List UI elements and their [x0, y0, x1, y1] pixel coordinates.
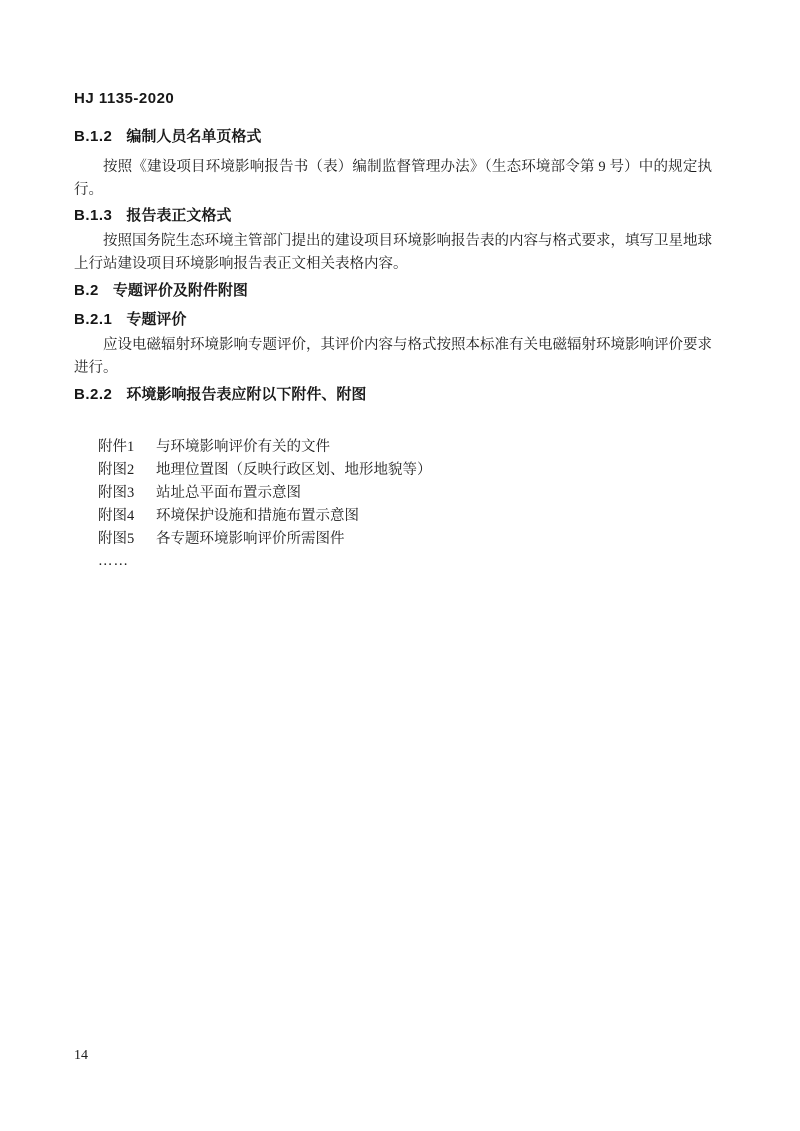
- heading-title: 报告表正文格式: [126, 207, 231, 224]
- heading-b-1-3: B.1.3报告表正文格式: [74, 204, 712, 227]
- attachment-item: 附件1与环境影响评价有关的文件: [98, 436, 712, 459]
- heading-title: 专题评价及附件附图: [113, 282, 248, 299]
- attachment-text: 各专题环境影响评价所需图件: [156, 531, 345, 547]
- attachment-text: 地理位置图（反映行政区划、地形地貌等）: [156, 462, 432, 478]
- heading-number: B.1.2: [74, 125, 112, 148]
- attachment-label: 附图3: [98, 482, 140, 505]
- attachment-list: 附件1与环境影响评价有关的文件 附图2地理位置图（反映行政区划、地形地貌等） 附…: [74, 436, 712, 571]
- heading-title: 专题评价: [126, 311, 186, 328]
- heading-b-2-2: B.2.2环境影响报告表应附以下附件、附图: [74, 383, 712, 406]
- heading-b-2-1: B.2.1专题评价: [74, 308, 712, 331]
- attachment-item: 附图5各专题环境影响评价所需图件: [98, 528, 712, 551]
- ellipsis: ……: [98, 551, 712, 571]
- attachment-item: 附图4环境保护设施和措施布置示意图: [98, 505, 712, 528]
- attachment-label: 附件1: [98, 436, 140, 459]
- standard-number-header: HJ 1135-2020: [74, 87, 712, 110]
- heading-b-1-2: B.1.2编制人员名单页格式: [74, 125, 712, 148]
- attachment-item: 附图2地理位置图（反映行政区划、地形地貌等）: [98, 459, 712, 482]
- paragraph-b-1-2: 按照《建设项目环境影响报告书（表）编制监督管理办法》（生态环境部令第 9 号）中…: [74, 156, 712, 202]
- heading-title: 编制人员名单页格式: [126, 128, 261, 145]
- paragraph-b-2-1: 应设电磁辐射环境影响专题评价，其评价内容与格式按照本标准有关电磁辐射环境影响评价…: [74, 334, 712, 380]
- attachment-label: 附图4: [98, 505, 140, 528]
- heading-number: B.1.3: [74, 204, 112, 227]
- attachment-label: 附图2: [98, 459, 140, 482]
- attachment-text: 环境保护设施和措施布置示意图: [156, 508, 359, 524]
- heading-number: B.2: [74, 279, 99, 302]
- attachment-text: 与环境影响评价有关的文件: [156, 439, 330, 455]
- paragraph-b-1-3: 按照国务院生态环境主管部门提出的建设项目环境影响报告表的内容与格式要求，填写卫星…: [74, 230, 712, 276]
- heading-title: 环境影响报告表应附以下附件、附图: [126, 386, 366, 403]
- attachment-text: 站址总平面布置示意图: [156, 485, 301, 501]
- document-page: HJ 1135-2020 B.1.2编制人员名单页格式 按照《建设项目环境影响报…: [0, 0, 800, 1131]
- heading-number: B.2.1: [74, 308, 112, 331]
- heading-b-2: B.2专题评价及附件附图: [74, 279, 712, 302]
- page-number: 14: [74, 1048, 88, 1064]
- attachment-item: 附图3站址总平面布置示意图: [98, 482, 712, 505]
- attachment-label: 附图5: [98, 528, 140, 551]
- heading-number: B.2.2: [74, 383, 112, 406]
- page-content: HJ 1135-2020 B.1.2编制人员名单页格式 按照《建设项目环境影响报…: [74, 0, 712, 571]
